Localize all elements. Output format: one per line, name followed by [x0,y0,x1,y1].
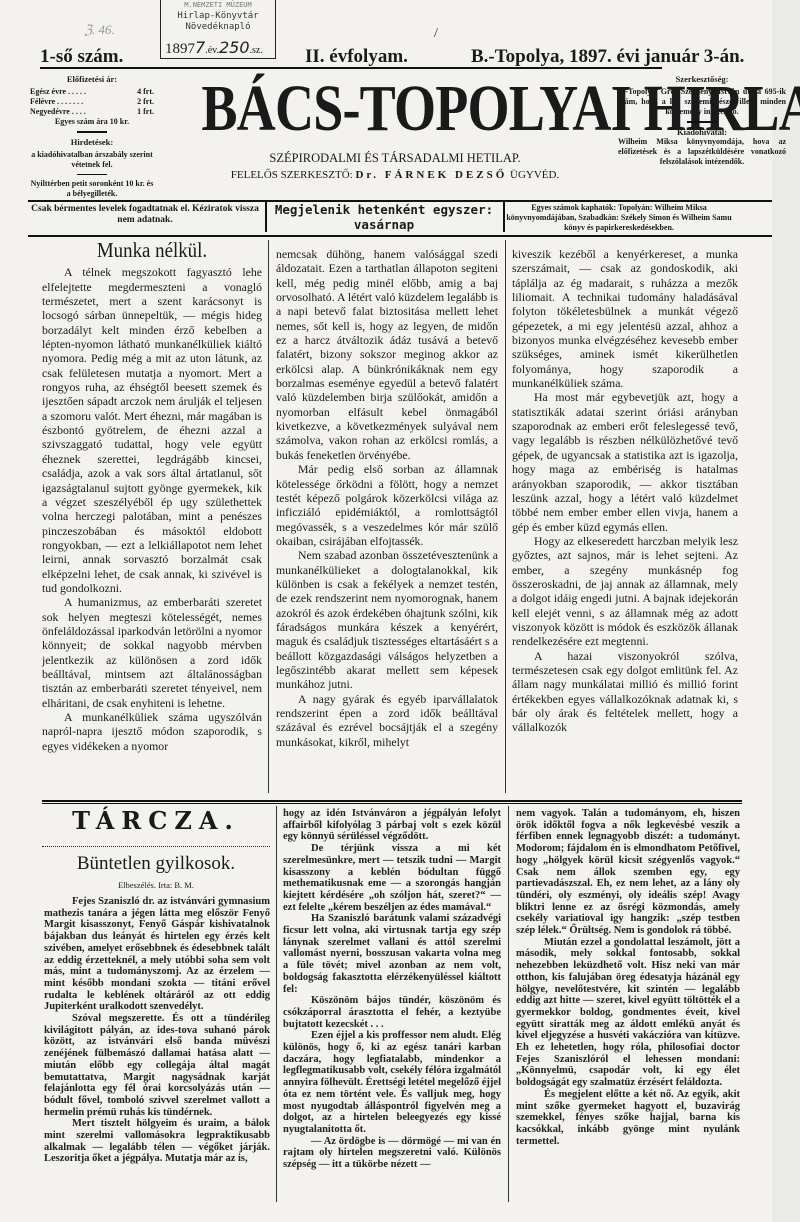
stamp-line-0: M.NEMZETI MÚZEUM [161,0,275,11]
story-column-2: hogy az idén Istvánváron a jégpályán lef… [283,808,501,1171]
infobar-bottom-rule [28,235,772,237]
article-paragraph: Hogy az elkeseredett harczban melyik les… [512,534,738,649]
article-paragraph: Ha most már egybevetjük azt, hogy a stat… [512,390,738,533]
price-row: Negyedévre . . . .1 frt. [28,107,156,117]
infobar-letters: Csak bérmentes levelek fogadtatnak el. K… [28,204,262,236]
feuilleton-heading: TÁRCZA. [42,806,270,835]
article-paragraph: A télnek megszokott fagyasztó lehe elfel… [42,265,262,595]
story-paragraph: Fejes Szaniszló dr. az istvánvári gymnas… [44,896,270,1013]
editor-name: Dr. FÁRNEK DEZSŐ [355,169,507,181]
volume-number: II. évfolyam. [305,46,408,68]
column-rule [508,806,509,1202]
stamp-line-1: Hirlap-Könyvtár [161,11,275,22]
publisher-text: Wilheim Miksa könyvnyomdája, hova az elő… [616,137,788,167]
article-paragraph: Már pedig első sorban az államnak kötele… [276,462,498,548]
story-title: Büntetlen gyilkosok. [42,853,270,875]
story-paragraph: — Az ördögbe is — dörmögé — mi van én ra… [283,1136,501,1171]
pencil-note: ℨ. 46. [84,22,115,38]
article-column-1: Munka nélkül. A télnek megszokott fagyas… [42,241,262,753]
price-value: 4 frt. [137,87,154,97]
open-space-text: Nyilttérben petit soronként 10 kr. és a … [28,179,156,199]
ads-title: Hirdetések: [28,137,156,147]
dateline: B.-Topolya, 1897. évi január 3-án. [471,46,744,68]
article-paragraph: A humanizmus, az emberbaráti szeretet so… [42,595,262,710]
story-paragraph: De térjünk vissza a mi két szerelmesünkr… [283,843,501,913]
column-rule [505,240,506,793]
story-paragraph: hogy az idén Istvánváron a jégpályán lef… [283,808,501,843]
price-value: 2 frt. [137,97,154,107]
article-paragraph: A nagy gyárak és egyéb iparvállalatok re… [276,692,498,749]
article-column-2: nemcsak dühöng, hanem valósággal szedi á… [276,247,498,749]
story-paragraph: Ezen éjjel a kis proffessor nem aludt. E… [283,1030,501,1135]
article-paragraph: Nem szabad azonban összetévesztenünk a m… [276,548,498,691]
editor-prefix: FELELŐS SZERKESZTŐ: [231,169,353,181]
infobar-frequency: Megjelenik hetenként egyszer: vasárnap [268,202,500,234]
feuilleton-rule [42,800,742,802]
story-column-3: nem vagyok. Talán a tudományom, eh, hisz… [516,808,740,1147]
masthead-subtitle: SZÉPIRODALMI ÉS TÁRSADALMI HETILAP. [170,151,620,166]
story-paragraph: Szóval megszerette. És ott a tündérileg … [44,1013,270,1118]
story-paragraph: Miután ezzel a gondolattal leszámolt, jö… [516,937,740,1089]
publisher-title: Kiadóhivatal: [616,127,788,137]
story-byline: Elbeszélés. Irta: B. M. [42,880,270,890]
story-paragraph: Köszönöm bájos tündér, köszönöm és csókz… [283,995,501,1030]
infobar-sales: Egyes számok kaphatók: Topolyán: Wilheim… [506,203,732,235]
divider [77,174,107,176]
stamp-line-2: Növedéknapló [161,22,275,33]
article-paragraph: nemcsak dühöng, hanem valósággal szedi á… [276,247,498,462]
price-label: Félévre . . . . . . . [30,97,83,107]
story-column-1: Fejes Szaniszló dr. az istvánvári gymnas… [44,896,270,1165]
price-row: Félévre . . . . . . .2 frt. [28,97,156,107]
column-rule [276,806,277,1202]
single-copy-price: Egyes szám ára 10 kr. [28,117,156,127]
editor-line: FELELŐS SZERKESZTŐ: Dr. FÁRNEK DEZSŐ ÜGY… [170,169,620,181]
price-value: 1 frt. [137,107,154,117]
story-paragraph: És megjelent előtte a két nő. Az egyik, … [516,1089,740,1148]
article-title: Munka nélkül. [53,243,251,257]
page-margin [772,0,800,1222]
story-paragraph: nem vagyok. Talán a tudományom, eh, hisz… [516,808,740,937]
dotted-rule [42,846,270,847]
price-label: Egész évre . . . . . [30,87,86,97]
issue-number: 1-ső szám. [40,46,123,68]
editor-suffix: ÜGYVÉD. [510,169,559,181]
divider [687,121,717,123]
story-paragraph: Mert tisztelt hölgyeim és uraim, a bálok… [44,1118,270,1165]
story-paragraph: Ha Szaniszló barátunk valami századvégi … [283,913,501,995]
infobar-divider [265,202,267,232]
article-column-3: kiveszik kezéből a kenyérkereset, a munk… [512,247,738,735]
editorial-box: Szerkesztőség: B.-Topolya, Gróf Széchény… [616,74,788,167]
article-paragraph: kiveszik kezéből a kenyérkereset, a munk… [512,247,738,390]
article-paragraph: A munkanélküliek száma ugyszólván napról… [42,710,262,753]
newspaper-page: M.NEMZETI MÚZEUM Hirlap-Könyvtár Növedék… [0,0,800,1222]
header-rule [40,67,662,69]
column-rule [268,240,269,793]
price-label: Negyedévre . . . . [30,107,86,117]
ads-text: a kiadóhivatalban árszabály szerint véte… [28,150,156,170]
price-row: Egész évre . . . . .4 frt. [28,87,156,97]
subscription-title: Előfizetési ár: [28,74,156,84]
infobar-divider [503,202,505,232]
article-paragraph: A hazai viszonyokról szólva, természetes… [512,649,738,735]
masthead-title: BÁCS-TOPOLYAI HIRLAP. [201,78,578,140]
editorial-title: Szerkesztőség: [616,74,788,84]
editorial-text: B.-Topolya, Gróf Széchényi István utcza … [616,87,788,117]
subscription-box: Előfizetési ár: Egész évre . . . . .4 fr… [28,74,156,199]
feuilleton-rule-thin [42,803,742,804]
divider [77,131,107,133]
